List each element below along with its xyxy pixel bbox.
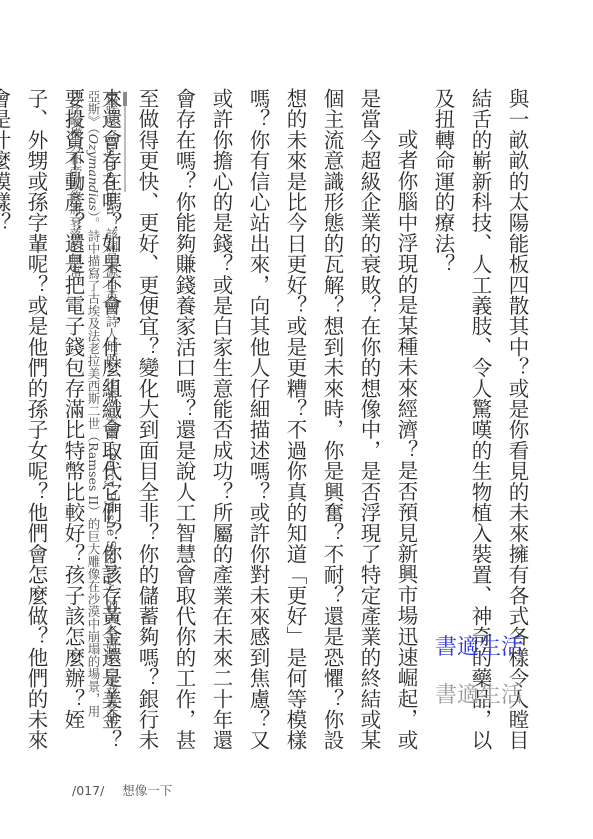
footnote-divider-marker [123, 92, 127, 106]
footnote-poem-title: Ozymandias [86, 134, 101, 211]
running-title: 想像一下 [122, 783, 172, 798]
page-number: /017/ [72, 783, 104, 798]
footnote-divider [124, 92, 126, 192]
page-footer: /017/ 想像一下 [72, 781, 172, 799]
footnote: 1譯註：Ozymandian，該詞是源自英國詩人珀西．比希．雪萊（Percy B… [72, 90, 120, 730]
main-text-block: 與一畝畝的太陽能板四散其中？或是你看見的未來擁有各式各樣令人瞠目結舌的嶄新科技、… [135, 88, 535, 768]
watermark-gray: 書適生活 [435, 678, 523, 709]
watermark-blue: 書適生活 [435, 630, 523, 661]
paragraph-2: 或者你腦中浮現的是某種未來經濟？是否預見新興市場迅速崛起，或是當今超級企業的衰敗… [0, 88, 424, 768]
book-page: 與一畝畝的太陽能板四散其中？或是你看見的未來擁有各式各樣令人瞠目結舌的嶄新科技、… [0, 0, 593, 839]
footnote-label: 譯註： [104, 99, 119, 137]
paragraph-1: 與一畝畝的太陽能板四散其中？或是你看見的未來擁有各式各樣令人瞠目結舌的嶄新科技、… [424, 88, 535, 768]
footnote-number: 1 [104, 90, 119, 99]
